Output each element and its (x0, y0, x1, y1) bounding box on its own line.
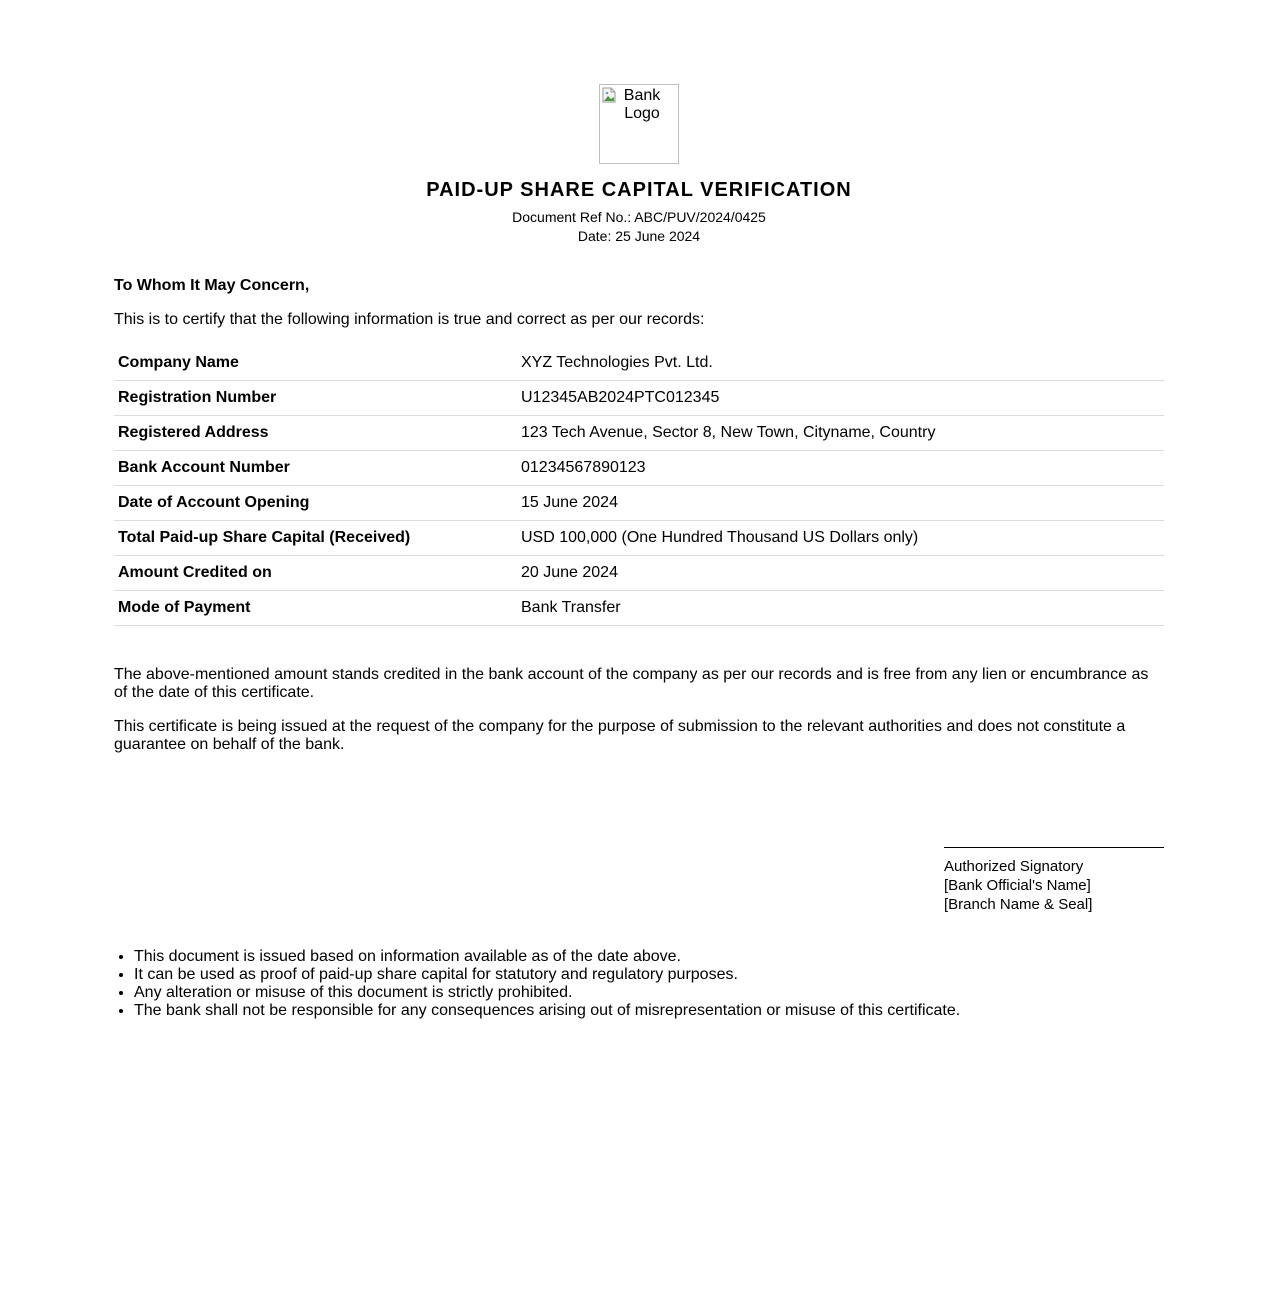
document-date: Date: 25 June 2024 (114, 227, 1164, 246)
list-item: This document is issued based on informa… (134, 948, 960, 966)
row-label: Total Paid-up Share Capital (Received) (114, 521, 517, 556)
notes-list: This document is issued based on informa… (114, 948, 960, 1020)
row-value: XYZ Technologies Pvt. Ltd. (517, 346, 1164, 381)
row-label: Registration Number (114, 381, 517, 416)
branch-seal-placeholder: [Branch Name & Seal] (944, 895, 1164, 914)
broken-image-icon (602, 87, 616, 103)
table-row: Total Paid-up Share Capital (Received) U… (114, 521, 1164, 556)
row-label: Amount Credited on (114, 556, 517, 591)
document-title: PAID-UP SHARE CAPITAL VERIFICATION (114, 178, 1164, 202)
row-value: USD 100,000 (One Hundred Thousand US Dol… (517, 521, 1164, 556)
table-row: Date of Account Opening 15 June 2024 (114, 486, 1164, 521)
certificate-page: Bank Logo PAID-UP SHARE CAPITAL VERIFICA… (114, 0, 1164, 754)
table-row: Company Name XYZ Technologies Pvt. Ltd. (114, 346, 1164, 381)
official-name-placeholder: [Bank Official's Name] (944, 876, 1164, 895)
row-label: Mode of Payment (114, 591, 517, 626)
row-label: Date of Account Opening (114, 486, 517, 521)
document-meta: Document Ref No.: ABC/PUV/2024/0425 Date… (114, 208, 1164, 246)
row-value: 15 June 2024 (517, 486, 1164, 521)
table-row: Bank Account Number 01234567890123 (114, 451, 1164, 486)
document-ref-number: Document Ref No.: ABC/PUV/2024/0425 (114, 208, 1164, 227)
purpose-disclaimer-paragraph: This certificate is being issued at the … (114, 718, 1164, 754)
row-label: Company Name (114, 346, 517, 381)
salutation: To Whom It May Concern, (114, 276, 1164, 296)
bank-logo: Bank Logo (599, 84, 679, 164)
list-item: The bank shall not be responsible for an… (134, 1002, 960, 1020)
table-row: Registered Address 123 Tech Avenue, Sect… (114, 416, 1164, 451)
list-item: It can be used as proof of paid-up share… (134, 966, 960, 984)
row-value: 01234567890123 (517, 451, 1164, 486)
credit-statement-paragraph: The above-mentioned amount stands credit… (114, 666, 1164, 702)
signature-block: Authorized Signatory [Bank Official's Na… (944, 847, 1164, 914)
row-value: 123 Tech Avenue, Sector 8, New Town, Cit… (517, 416, 1164, 451)
table-row: Amount Credited on 20 June 2024 (114, 556, 1164, 591)
list-item: Any alteration or misuse of this documen… (134, 984, 960, 1002)
row-value: U12345AB2024PTC012345 (517, 381, 1164, 416)
table-row: Mode of Payment Bank Transfer (114, 591, 1164, 626)
row-label: Bank Account Number (114, 451, 517, 486)
row-label: Registered Address (114, 416, 517, 451)
signatory-title: Authorized Signatory (944, 857, 1164, 876)
intro-text: This is to certify that the following in… (114, 310, 1164, 330)
table-row: Registration Number U12345AB2024PTC01234… (114, 381, 1164, 416)
details-table: Company Name XYZ Technologies Pvt. Ltd. … (114, 346, 1164, 626)
document-header: Bank Logo PAID-UP SHARE CAPITAL VERIFICA… (114, 0, 1164, 246)
row-value: Bank Transfer (517, 591, 1164, 626)
row-value: 20 June 2024 (517, 556, 1164, 591)
